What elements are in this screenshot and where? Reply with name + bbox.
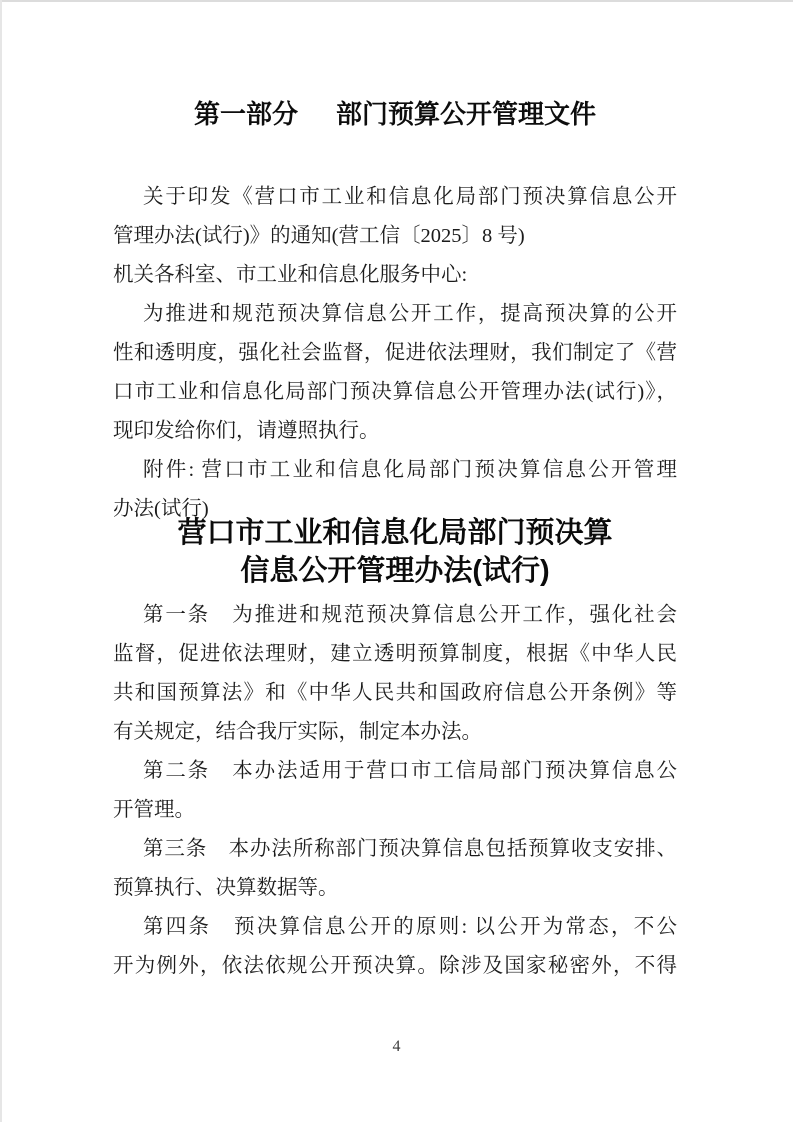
part-title: 部门预算公开管理文件 [336,99,596,129]
measures-title-line-2: 信息公开管理办法(试行) [113,552,677,590]
part-label: 第一部分 [194,99,298,129]
text-line: 开为例外，依法依规公开预决算。除涉及国家秘密外，不得 [113,947,677,986]
part-heading: 第一部分部门预算公开管理文件 [113,97,677,131]
text-line: 第二条 本办法适用于营口市工信局部门预决算信息公 [113,752,677,791]
text-line: 管理办法(试行)》的通知(营工信〔2025〕8 号) [113,217,677,256]
notice-block: 关于印发《营口市工业和信息化局部门预决算信息公开管理办法(试行)》的通知(营工信… [113,178,677,529]
text-line: 第一条 为推进和规范预决算信息公开工作，强化社会 [113,596,677,635]
text-line: 现印发给你们，请遵照执行。 [113,412,677,451]
measures-body: 第一条 为推进和规范预决算信息公开工作，强化社会监督，促进依法理财，建立透明预算… [113,596,677,986]
text-line: 共和国预算法》和《中华人民共和国政府信息公开条例》等 [113,674,677,713]
text-line: 预算执行、决算数据等。 [113,869,677,908]
document-page: 第一部分部门预算公开管理文件 关于印发《营口市工业和信息化局部门预决算信息公开管… [0,0,793,1122]
text-line: 有关规定，结合我厅实际，制定本办法。 [113,713,677,752]
measures-title-line-1: 营口市工业和信息化局部门预决算 [113,514,677,552]
text-line: 第三条 本办法所称部门预决算信息包括预算收支安排、 [113,830,677,869]
text-line: 关于印发《营口市工业和信息化局部门预决算信息公开 [113,178,677,217]
text-line: 机关各科室、市工业和信息化服务中心: [113,256,677,295]
page-number: 4 [0,1037,793,1057]
text-line: 为推进和规范预决算信息公开工作，提高预决算的公开 [113,295,677,334]
text-line: 第四条 预决算信息公开的原则: 以公开为常态，不公 [113,908,677,947]
text-line: 口市工业和信息化局部门预决算信息公开管理办法(试行)》， [113,373,677,412]
measures-title: 营口市工业和信息化局部门预决算 信息公开管理办法(试行) [113,514,677,590]
text-line: 开管理。 [113,791,677,830]
text-line: 附件: 营口市工业和信息化局部门预决算信息公开管理 [113,451,677,490]
text-line: 性和透明度，强化社会监督，促进依法理财，我们制定了《营 [113,334,677,373]
text-line: 监督，促进依法理财，建立透明预算制度，根据《中华人民 [113,635,677,674]
